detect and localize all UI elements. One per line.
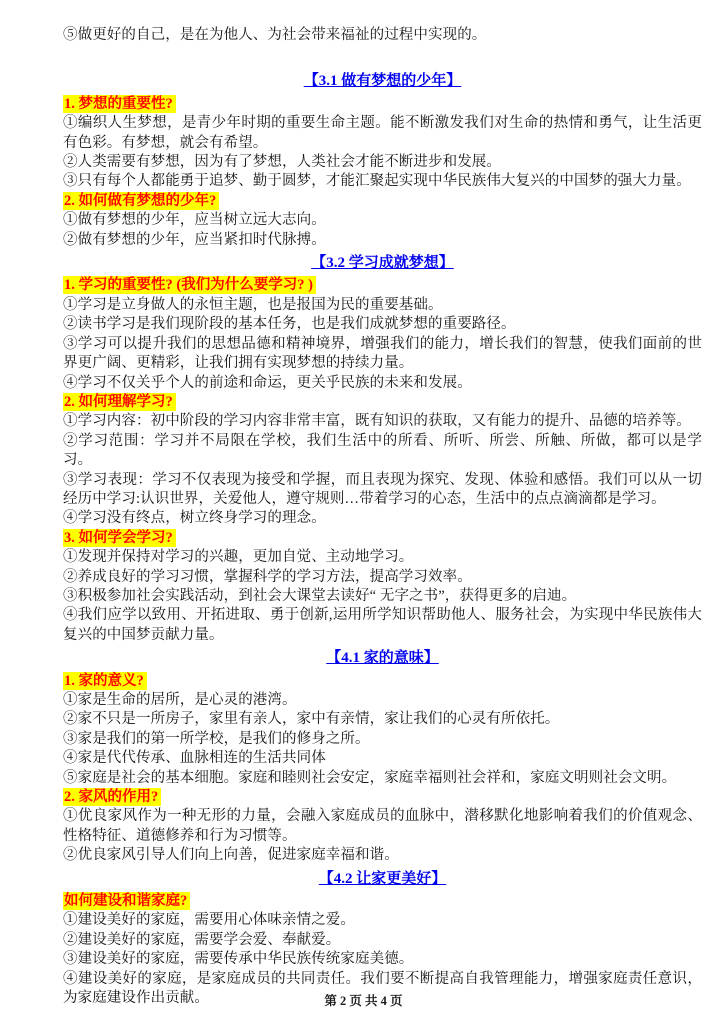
body-paragraph: ②养成良好的学习习惯，掌握科学的学习方法，提高学习效率。 xyxy=(63,568,702,587)
question-heading-text: 2. 如何做有梦想的少年? xyxy=(63,192,219,210)
body-paragraph: ①学习内容：初中阶段的学习内容非常丰富，既有知识的获取，又有能力的提升、品德的培… xyxy=(63,412,702,431)
body-paragraph: ④学习没有终点，树立终身学习的理念。 xyxy=(63,509,702,528)
body-paragraph: ②学习范围：学习并不局限在学校，我们生活中的所看、所听、所尝、所触、所做，都可以… xyxy=(63,432,702,471)
question-heading: 如何建设和谐家庭? xyxy=(63,892,702,911)
question-heading: 2. 如何做有梦想的少年? xyxy=(63,192,702,211)
section-heading-text: 【3.1 做有梦想的少年】 xyxy=(304,73,462,89)
body-paragraph: ①编织人生梦想，是青少年时期的重要生命主题。能不断激发我们对生命的热情和勇气，让… xyxy=(63,114,702,153)
question-heading: 1. 梦想的重要性? xyxy=(63,95,702,114)
question-heading-text: 1. 学习的重要性? (我们为什么要学习? ) xyxy=(63,276,316,294)
question-heading: 2. 如何理解学习? xyxy=(63,393,702,412)
section-heading: 【3.2 学习成就梦想】 xyxy=(63,254,702,273)
body-paragraph: ①发现并保持对学习的兴趣，更加自觉、主动地学习。 xyxy=(63,548,702,567)
section-heading: 【4.2 让家更美好】 xyxy=(63,870,702,889)
question-heading-text: 1. 家的意义? xyxy=(63,672,147,690)
body-paragraph: ②人类需要有梦想，因为有了梦想，人类社会才能不断进步和发展。 xyxy=(63,153,702,172)
page-footer: 第 2 页 共 4 页 xyxy=(0,994,727,1009)
question-heading-text: 1. 梦想的重要性? xyxy=(63,95,176,113)
body-paragraph: ②做有梦想的少年，应当紧扣时代脉搏。 xyxy=(63,231,702,250)
body-paragraph: ①家是生命的居所，是心灵的港湾。 xyxy=(63,691,702,710)
section-heading-text: 【3.2 学习成就梦想】 xyxy=(311,255,454,271)
body-paragraph: ②读书学习是我们现阶段的基本任务，也是我们成就梦想的重要路径。 xyxy=(63,315,702,334)
question-heading-text: 3. 如何学会学习? xyxy=(63,529,176,547)
body-paragraph: ②建设美好的家庭，需要学会爱、奉献爱。 xyxy=(63,931,702,950)
question-heading-text: 如何建设和谐家庭? xyxy=(63,892,190,910)
document-content: ⑤做更好的自己，是在为他人、为社会带来福祉的过程中实现的。【3.1 做有梦想的少… xyxy=(63,26,702,1009)
body-paragraph: ④学习不仅关乎个人的前途和命运，更关乎民族的未来和发展。 xyxy=(63,374,702,393)
section-heading: 【4.1 家的意味】 xyxy=(63,649,702,668)
body-paragraph: ③建设美好的家庭，需要传承中华民族传统家庭美德。 xyxy=(63,950,702,969)
body-paragraph: ③家是我们的第一所学校，是我们的修身之所。 xyxy=(63,730,702,749)
question-heading: 2. 家风的作用? xyxy=(63,788,702,807)
question-heading: 1. 家的意义? xyxy=(63,672,702,691)
body-paragraph: ①学习是立身做人的永恒主题，也是报国为民的重要基础。 xyxy=(63,296,702,315)
question-heading: 1. 学习的重要性? (我们为什么要学习? ) xyxy=(63,276,702,295)
body-paragraph: ①建设美好的家庭，需要用心体味亲情之爱。 xyxy=(63,911,702,930)
body-paragraph: ③学习表现：学习不仅表现为接受和学握，而且表现为探究、发现、体验和感悟。我们可以… xyxy=(63,471,702,510)
body-paragraph: ④家是代代传承、血脉相连的生活共同体 xyxy=(63,749,702,768)
body-paragraph: ①做有梦想的少年，应当树立远大志向。 xyxy=(63,211,702,230)
section-heading: 【3.1 做有梦想的少年】 xyxy=(63,72,702,91)
document-page: ⑤做更好的自己，是在为他人、为社会带来福祉的过程中实现的。【3.1 做有梦想的少… xyxy=(0,0,727,1024)
question-heading: 3. 如何学会学习? xyxy=(63,529,702,548)
section-heading-text: 【4.1 家的意味】 xyxy=(326,650,439,666)
body-paragraph: ④我们应学以致用、开拓进取、勇于创新,运用所学知识帮助他人、服务社会，为实现中华… xyxy=(63,606,702,645)
body-paragraph: ⑤家庭是社会的基本细胞。家庭和睦则社会安定，家庭幸福则社会祥和，家庭文明则社会文… xyxy=(63,769,702,788)
body-paragraph: ②家不只是一所房子，家里有亲人，家中有亲情，家让我们的心灵有所依托。 xyxy=(63,710,702,729)
body-paragraph: ①优良家风作为一种无形的力量，会融入家庭成员的血脉中，潜移默化地影响着我们的价值… xyxy=(63,807,702,846)
body-paragraph: ③只有每个人都能勇于追梦、勤于圆梦，才能汇聚起实现中华民族伟大复兴的中国梦的强大… xyxy=(63,172,702,191)
question-heading-text: 2. 如何理解学习? xyxy=(63,393,176,411)
body-paragraph: ⑤做更好的自己，是在为他人、为社会带来福祉的过程中实现的。 xyxy=(63,26,702,45)
body-paragraph: ③积极参加社会实践活动，到社会大课堂去读好“ 无字之书”，获得更多的启迪。 xyxy=(63,587,702,606)
body-paragraph: ②优良家风引导人们向上向善，促进家庭幸福和谐。 xyxy=(63,846,702,865)
body-paragraph: ③学习可以提升我们的思想品德和精神境界，增强我们的能力，增长我们的智慧，使我们面… xyxy=(63,335,702,374)
section-heading-text: 【4.2 让家更美好】 xyxy=(319,871,447,887)
question-heading-text: 2. 家风的作用? xyxy=(63,788,161,806)
